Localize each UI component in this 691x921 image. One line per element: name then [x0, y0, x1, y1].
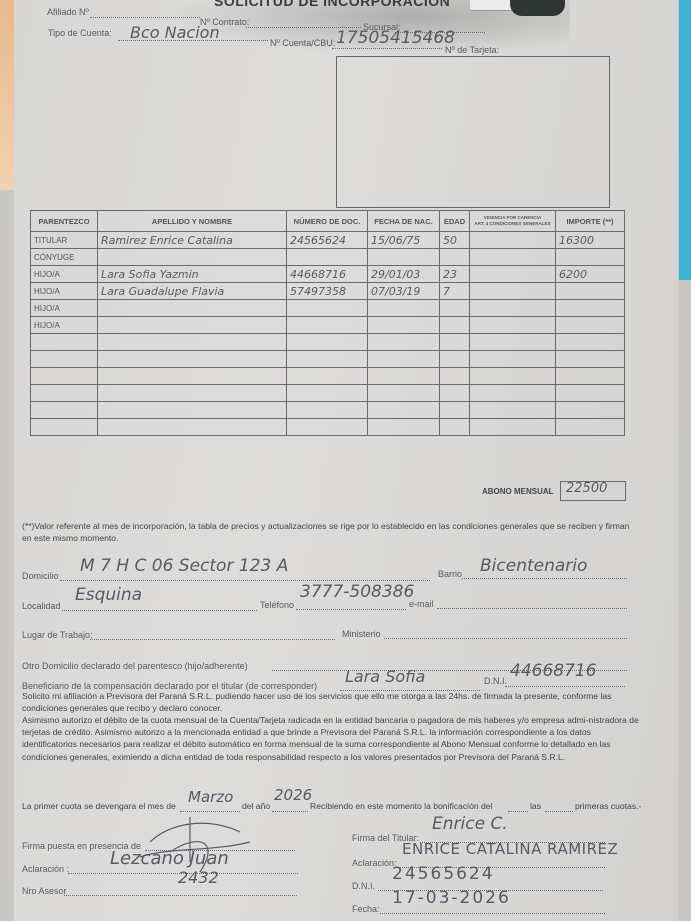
cell-fecha[interactable] [368, 317, 440, 334]
cell-vigencia[interactable] [470, 232, 556, 249]
table-row: TITULARRamirez Enrice Catalina2456562415… [31, 232, 625, 249]
cell-nombre[interactable] [98, 334, 287, 351]
cell-parentezco [31, 368, 98, 385]
cell-parentezco [31, 419, 98, 436]
cell-fecha[interactable]: 07/03/19 [368, 283, 440, 300]
asesor-label: Nro Asesor [22, 886, 67, 896]
cell-parentezco [31, 385, 98, 402]
cell-edad[interactable] [440, 300, 470, 317]
domicilio-value: M 7 H C 06 Sector 123 A [80, 556, 288, 576]
cell-edad[interactable] [440, 351, 470, 368]
cell-vigencia[interactable] [470, 368, 556, 385]
cell-vigencia[interactable] [470, 283, 556, 300]
cell-nombre[interactable] [98, 385, 287, 402]
fecha-label: Fecha: [352, 904, 380, 914]
table-row [31, 419, 625, 436]
cuota-anio-value: 2026 [274, 786, 312, 804]
cell-edad[interactable] [440, 385, 470, 402]
col-importe: IMPORTE (**) [556, 211, 625, 232]
cell-edad[interactable] [440, 249, 470, 266]
domicilio-field[interactable] [60, 580, 430, 581]
bonificacion-suffix: primeras cuotas.- [575, 801, 641, 811]
afiliado-field[interactable] [90, 17, 200, 18]
cell-fecha[interactable] [368, 300, 440, 317]
cell-importe[interactable]: 6200 [556, 266, 625, 283]
cell-doc[interactable]: 57497358 [287, 283, 368, 300]
legal-paragraph-1: Solicito mi afiliación a Previsora del P… [22, 690, 642, 714]
table-row [31, 334, 625, 351]
cuota-mes-value: Marzo [188, 788, 233, 806]
tipo-cuenta-label: Tipo de Cuenta: [48, 28, 112, 38]
cell-parentezco [31, 334, 98, 351]
col-edad: EDAD [440, 211, 470, 232]
legal-paragraph-2: Asimismo autorizo el débito de la cuota … [22, 714, 642, 763]
cell-vigencia[interactable] [470, 249, 556, 266]
cell-doc[interactable] [287, 334, 368, 351]
cell-importe[interactable]: 16300 [556, 232, 625, 249]
cell-vigencia[interactable] [470, 266, 556, 283]
cell-importe[interactable] [556, 317, 625, 334]
beneficiario-dni-value: 44668716 [510, 661, 597, 681]
cell-parentezco: HIJO/A [31, 300, 98, 317]
cell-importe[interactable] [556, 249, 625, 266]
col-fecha: FECHA DE NAC. [368, 211, 440, 232]
cell-fecha[interactable]: 29/01/03 [368, 266, 440, 283]
localidad-field[interactable] [62, 610, 257, 611]
cell-fecha[interactable] [368, 249, 440, 266]
table-row [31, 351, 625, 368]
cell-nombre[interactable]: Lara Sofia Yazmin [98, 266, 287, 283]
email-field[interactable] [437, 608, 627, 609]
cell-importe[interactable] [556, 385, 625, 402]
cell-nombre[interactable] [98, 402, 287, 419]
cuota-prefix: La primer cuota se devengara el mes de [22, 801, 176, 811]
cell-nombre[interactable] [98, 419, 287, 436]
ministerio-field[interactable] [384, 638, 627, 639]
cell-doc[interactable] [287, 368, 368, 385]
bonificacion-text: Recibiendo en este momento la bonificaci… [310, 801, 493, 811]
cell-vigencia[interactable] [470, 351, 556, 368]
table-row: CÓNYUGE [31, 249, 625, 266]
cell-vigencia[interactable] [470, 402, 556, 419]
cell-nombre[interactable] [98, 368, 287, 385]
cell-importe[interactable] [556, 334, 625, 351]
abono-mensual-label: ABONO MENSUAL [482, 487, 554, 496]
localidad-label: Localidad [22, 601, 61, 611]
cell-parentezco [31, 351, 98, 368]
telefono-value: 3777-508386 [300, 582, 414, 602]
titular-signature: Enrice C. [432, 814, 508, 834]
table-header-row: PARENTEZCO APELLIDO Y NOMBRE NÚMERO DE D… [31, 211, 625, 232]
cell-edad[interactable]: 7 [440, 283, 470, 300]
bonificacion-field-2[interactable] [545, 811, 573, 812]
cuenta-cbu-label: Nº Cuenta/CBU: [270, 38, 335, 48]
abono-mensual-value: 22500 [566, 481, 607, 496]
trabajo-field[interactable] [90, 639, 335, 640]
card-photo-box [336, 56, 610, 208]
cell-doc[interactable] [287, 419, 368, 436]
email-label: e-mail [409, 599, 434, 609]
cell-doc[interactable] [287, 351, 368, 368]
barrio-field[interactable] [462, 578, 627, 579]
cell-doc[interactable]: 44668716 [287, 266, 368, 283]
asesor-field[interactable] [64, 895, 297, 896]
cell-edad[interactable] [440, 368, 470, 385]
cell-nombre[interactable] [98, 351, 287, 368]
bonificacion-field-1[interactable] [508, 811, 528, 812]
trabajo-label: Lugar de Trabajo: [22, 630, 93, 640]
fecha-value: 17-03-2026 [392, 888, 511, 908]
background-surface-right [679, 0, 691, 280]
cuenta-cbu-field[interactable] [332, 48, 442, 49]
cell-fecha[interactable] [368, 334, 440, 351]
cell-nombre[interactable]: Ramirez Enrice Catalina [98, 232, 287, 249]
cell-importe[interactable] [556, 402, 625, 419]
pen-body [470, 0, 515, 11]
cell-nombre[interactable]: Lara Guadalupe Flavia [98, 283, 287, 300]
afiliado-label: Afiliado Nº [47, 7, 89, 17]
domicilio-label: Domicilio [22, 571, 59, 581]
cuota-anio-label: del año [242, 801, 270, 811]
asesor-value: 2432 [178, 868, 219, 887]
cell-nombre[interactable] [98, 317, 287, 334]
cell-importe[interactable] [556, 351, 625, 368]
cell-vigencia[interactable] [470, 300, 556, 317]
table-row: HIJO/ALara Sofia Yazmin4466871629/01/032… [31, 266, 625, 283]
cell-fecha[interactable] [368, 419, 440, 436]
cell-fecha[interactable] [368, 385, 440, 402]
aclaracion-left-value: Lezcano Juan [110, 848, 229, 869]
localidad-value: Esquina [75, 585, 142, 605]
table-row [31, 402, 625, 419]
aclaracion-right-value: ENRICE CATALINA RAMIREZ [402, 840, 618, 858]
price-note: (**)Valor referente al mes de incorporac… [22, 520, 637, 544]
cell-parentezco: CÓNYUGE [31, 249, 98, 266]
otro-domicilio-label: Otro Domicilio declarado del parentesco … [22, 661, 248, 671]
col-vigencia: VIGENCIA POR CARENCIA ART. 4 CONDICIONES… [470, 211, 556, 232]
beneficiario-value: Lara Sofia [345, 667, 425, 686]
table-row: HIJO/A [31, 300, 625, 317]
fecha-field[interactable] [380, 913, 605, 914]
cell-importe[interactable] [556, 419, 625, 436]
cell-nombre[interactable] [98, 300, 287, 317]
cell-parentezco [31, 402, 98, 419]
cell-vigencia[interactable] [470, 419, 556, 436]
cell-importe[interactable] [556, 283, 625, 300]
cell-edad[interactable]: 23 [440, 266, 470, 283]
col-parentezco: PARENTEZCO [31, 211, 98, 232]
cell-importe[interactable] [556, 368, 625, 385]
cell-parentezco: HIJO/A [31, 266, 98, 283]
barrio-label: Barrio [438, 569, 462, 579]
telefono-label: Teléfono [260, 600, 294, 610]
table-row: HIJO/ALara Guadalupe Flavia5749735807/03… [31, 283, 625, 300]
aclaracion-left-label: Aclaración : [22, 864, 69, 874]
cell-fecha[interactable] [368, 402, 440, 419]
table-row [31, 368, 625, 385]
pen-cap-icon [510, 0, 565, 16]
cell-doc[interactable] [287, 385, 368, 402]
ministerio-label: Ministerio [342, 629, 381, 639]
cell-parentezco: TITULAR [31, 232, 98, 249]
cell-vigencia[interactable] [470, 317, 556, 334]
aclaracion-right-label: Aclaración: [352, 858, 397, 868]
tarjeta-label: Nº de Tarjeta: [445, 45, 499, 55]
cuenta-cbu-value: 17505415468 [336, 28, 455, 48]
dni-value: 24565624 [392, 864, 495, 884]
cuota-anio-field[interactable] [272, 811, 308, 812]
cell-doc[interactable] [287, 402, 368, 419]
cell-doc[interactable] [287, 249, 368, 266]
cell-doc[interactable] [287, 300, 368, 317]
cell-fecha[interactable] [368, 368, 440, 385]
cell-vigencia[interactable] [470, 385, 556, 402]
table-row: HIJO/A [31, 317, 625, 334]
family-table: PARENTEZCO APELLIDO Y NOMBRE NÚMERO DE D… [30, 210, 625, 436]
cell-doc[interactable] [287, 317, 368, 334]
barrio-value: Bicentenario [480, 556, 587, 576]
cell-importe[interactable] [556, 300, 625, 317]
cell-edad[interactable] [440, 334, 470, 351]
table-row [31, 385, 625, 402]
cell-edad[interactable] [440, 419, 470, 436]
cell-nombre[interactable] [98, 249, 287, 266]
cell-doc[interactable]: 24565624 [287, 232, 368, 249]
tipo-cuenta-value: Bco Nacion [130, 23, 220, 42]
cell-fecha[interactable] [368, 351, 440, 368]
beneficiario-dni-label: D.N.I. [484, 676, 507, 686]
form-title: SOLICITUD DE INCORPORACIÓN [214, 0, 450, 9]
cell-parentezco: HIJO/A [31, 317, 98, 334]
dni-label: D.N.I. [352, 881, 375, 891]
beneficiario-dni-field[interactable] [505, 686, 625, 687]
cell-parentezco: HIJO/A [31, 283, 98, 300]
col-nombre: APELLIDO Y NOMBRE [98, 211, 287, 232]
cell-edad[interactable] [440, 402, 470, 419]
bonificacion-mid: las [530, 801, 541, 811]
cell-vigencia[interactable] [470, 334, 556, 351]
telefono-field[interactable] [296, 609, 406, 610]
cell-fecha[interactable]: 15/06/75 [368, 232, 440, 249]
col-doc: NÚMERO DE DOC. [287, 211, 368, 232]
cell-edad[interactable] [440, 317, 470, 334]
cell-edad[interactable]: 50 [440, 232, 470, 249]
